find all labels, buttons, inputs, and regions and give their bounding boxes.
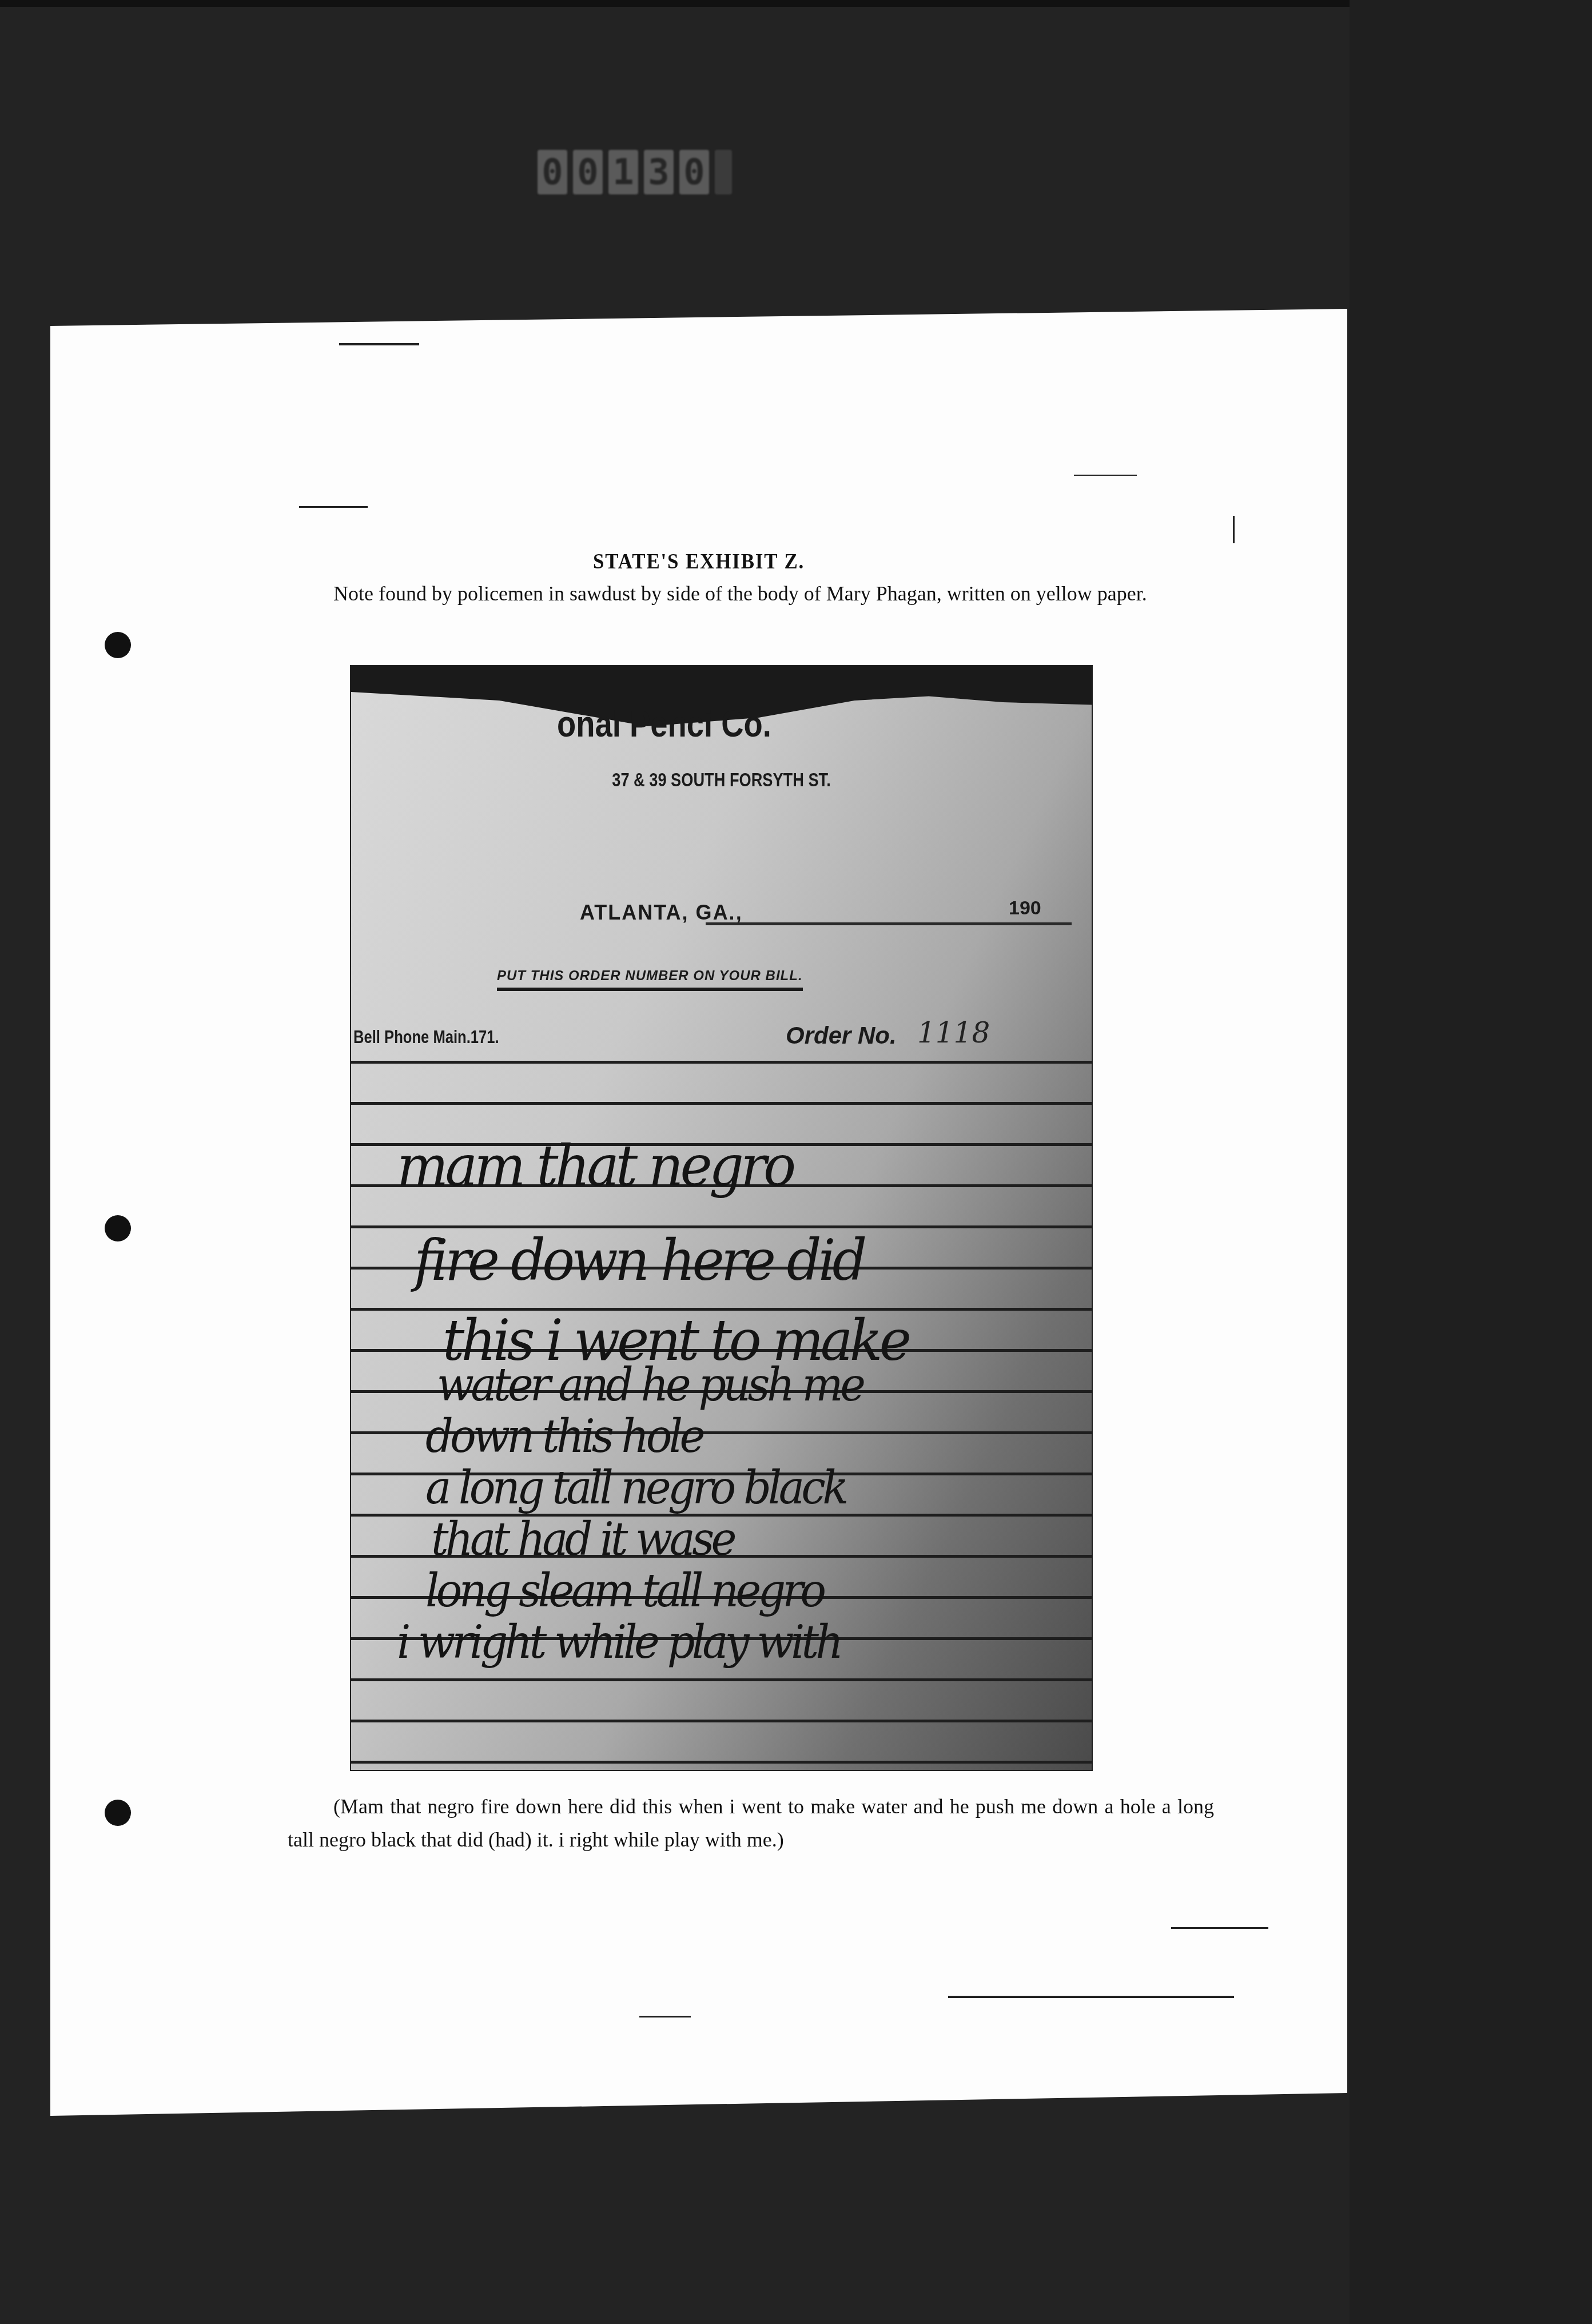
- exhibit-title: STATE'S EXHIBIT Z.: [102, 549, 1296, 574]
- stray-mark: [948, 1996, 1234, 1998]
- stray-mark: [339, 343, 419, 345]
- punch-hole: [105, 1215, 131, 1241]
- stray-mark: [1233, 516, 1235, 543]
- handwritten-line: mam that negro: [397, 1132, 793, 1199]
- frame-digit-partial: [715, 150, 732, 194]
- punch-hole: [105, 1800, 131, 1826]
- exhibit-note-photograph: onal Penci Co. 37 & 39 SOUTH FORSYTH ST.…: [350, 665, 1093, 1771]
- exhibit-description: Note found by policemen in sawdust by si…: [288, 578, 1214, 610]
- frame-digit: 3: [644, 150, 674, 194]
- microfilm-frame-counter: 0 0 1 3 0: [538, 150, 732, 194]
- ruled-line: [351, 1678, 1092, 1681]
- letterhead-address: 37 & 39 SOUTH FORSYTH ST.: [425, 769, 1018, 791]
- frame-digit: 0: [679, 150, 709, 194]
- letterhead-phone: Bell Phone Main.171.: [353, 1026, 499, 1048]
- order-notice: PUT THIS ORDER NUMBER ON YOUR BILL.: [497, 968, 803, 991]
- ruled-line: [351, 1102, 1092, 1105]
- date-line: [706, 922, 1072, 925]
- order-number-handwritten: 1118: [917, 1016, 990, 1049]
- letterhead-year: 190: [1009, 897, 1041, 920]
- handwritten-line: i wright while play with: [397, 1615, 841, 1669]
- punch-hole: [105, 632, 131, 658]
- frame-digit: 1: [608, 150, 638, 194]
- handwritten-line: down this hole: [425, 1410, 702, 1463]
- note-transcription: (Mam that negro fire down here did this …: [288, 1790, 1214, 1856]
- handwritten-line: fire down here did: [414, 1227, 864, 1294]
- stray-mark: [639, 2016, 691, 2017]
- handwritten-line: long sleam tall negro: [425, 1564, 823, 1617]
- letterhead-city: ATLANTA, GA.,: [580, 901, 743, 925]
- handwritten-line: a long tall negro black: [425, 1461, 846, 1514]
- stray-mark: [1171, 1927, 1268, 1929]
- document-page: STATE'S EXHIBIT Z. Note found by policem…: [50, 309, 1347, 2116]
- adjacent-frame-gutter: [1350, 0, 1592, 2324]
- order-number-label: Order No.: [786, 1022, 897, 1049]
- stray-mark: [1074, 475, 1137, 476]
- stray-mark: [299, 506, 368, 508]
- handwritten-line: water and he push me: [437, 1358, 862, 1411]
- frame-digit: 0: [538, 150, 567, 194]
- handwritten-line: that had it wase: [431, 1513, 734, 1566]
- frame-digit: 0: [573, 150, 603, 194]
- letterhead-company: onal Penci Co.: [557, 703, 771, 745]
- ruled-line: [351, 1761, 1092, 1764]
- ruled-line: [351, 1061, 1092, 1064]
- ruled-line: [351, 1720, 1092, 1722]
